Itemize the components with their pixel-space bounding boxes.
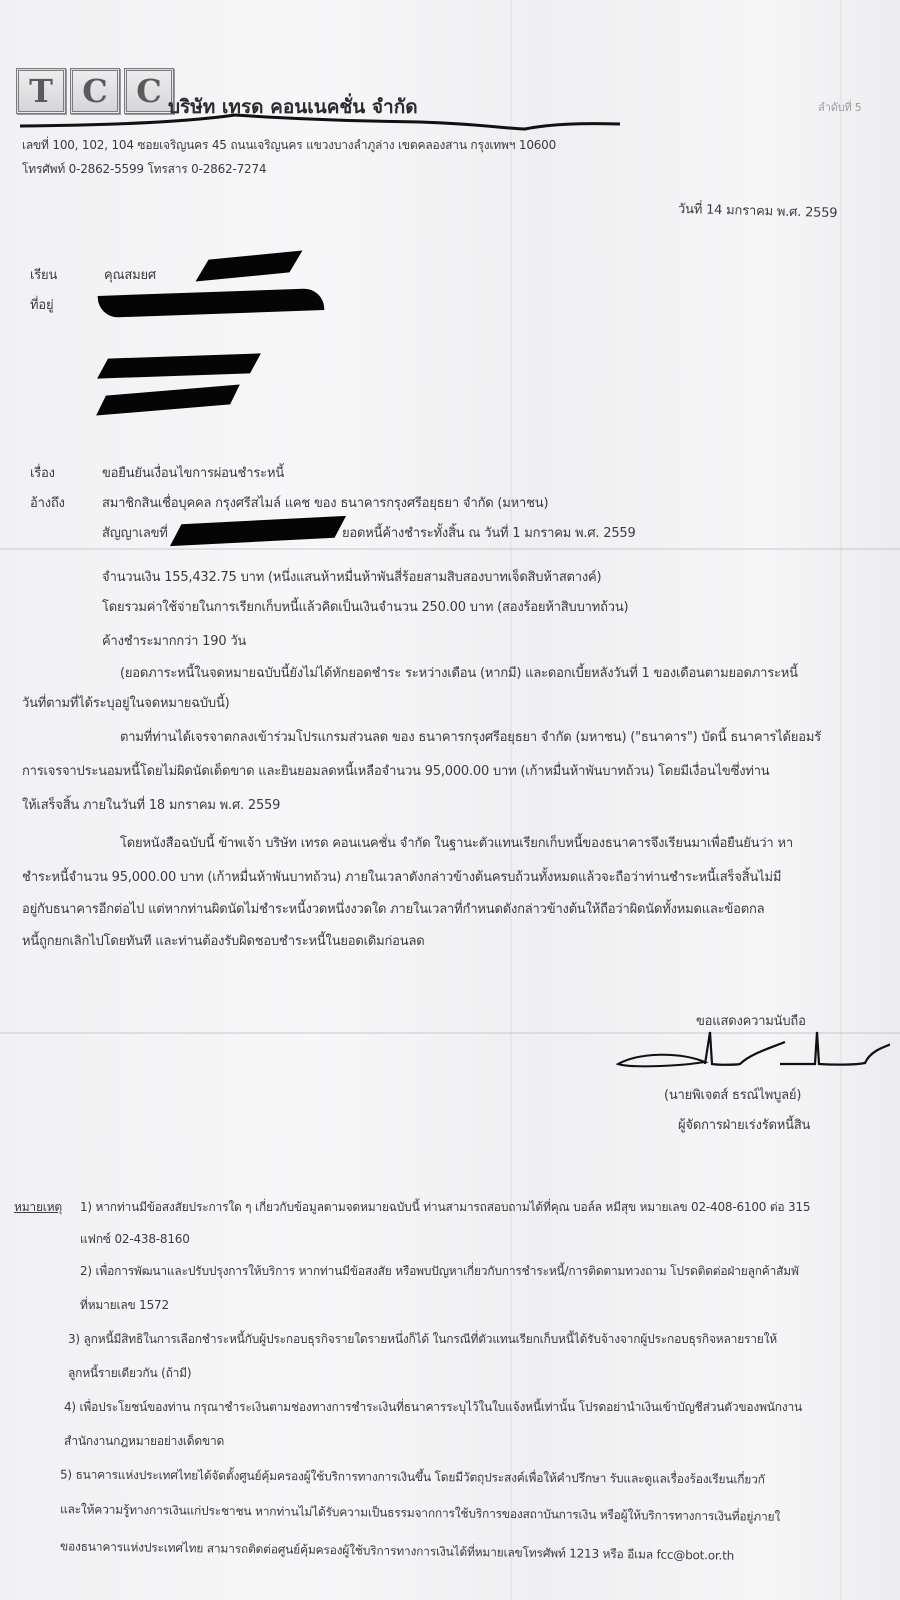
letter-paper: T C C บริษัท เทรด คอนเนคชั่น จำกัด เลขที… (0, 0, 900, 1600)
logo-letter: C (124, 68, 174, 114)
note-line: วันที่ตามที่ได้ระบุอยู่ในจดหมายฉบับนี้) (22, 692, 230, 713)
overdue-days: ค้างชำระมากกว่า 190 วัน (102, 630, 246, 651)
body-paragraph-line: ชำระหนี้จำนวน 95,000.00 บาท (เก้าหมื่นห้… (22, 866, 781, 887)
redaction-mark (98, 288, 325, 318)
letterhead-rule (20, 112, 620, 132)
note-item: สำนักงานกฎหมายอย่างเด็ดขาด (64, 1432, 224, 1451)
note-item: ของธนาคารแห่งประเทศไทย สามารถติดต่อศูนย์… (60, 1537, 734, 1565)
contract-outstanding: ยอดหนี้ค้างชำระทั้งสิ้น ณ วันที่ 1 มกราค… (342, 522, 636, 543)
paper-fold (840, 0, 842, 1600)
paper-fold (510, 0, 512, 1600)
signature (610, 1030, 890, 1075)
company-phone-fax: โทรศัพท์ 0-2862-5599 โทรสาร 0-2862-7274 (22, 160, 266, 179)
address-label: ที่อยู่ (30, 294, 53, 315)
redaction-mark (96, 384, 240, 415)
subject-value: ขอยืนยันเงื่อนไขการผ่อนชำระหนี้ (102, 462, 284, 483)
company-address: เลขที่ 100, 102, 104 ซอยเจริญนคร 45 ถนนเ… (22, 136, 556, 155)
signer-name: (นายพิเจตส์ ธรณ์ไพบูลย์) (664, 1084, 801, 1105)
recipient-label: เรียน (30, 264, 57, 285)
recipient-name: คุณสมยศ (104, 264, 156, 285)
closing-regards: ขอแสดงความนับถือ (696, 1010, 806, 1031)
note-item: 3) ลูกหนี้มีสิทธิในการเลือกชำระหนี้กับผู… (68, 1330, 777, 1349)
body-paragraph-line: หนี้ถูกยกเลิกไปโดยทันที และท่านต้องรับผิ… (22, 930, 425, 951)
logo-letter: T (16, 68, 66, 114)
body-paragraph-line: อยู่กับธนาคารอีกต่อไป แต่หากท่านผิดนัดไม… (22, 898, 764, 919)
reference-line: สมาชิกสินเชื่อบุคคล กรุงศรีสไมล์ แคช ของ… (102, 492, 548, 513)
note-line: (ยอดภาระหนี้ในจดหมายฉบับนี้ยังไม่ได้หักย… (120, 662, 798, 683)
note-item: 1) หากท่านมีข้อสงสัยประการใด ๆ เกี่ยวกับ… (80, 1198, 810, 1217)
signer-title: ผู้จัดการฝ่ายเร่งรัดหนี้สิน (678, 1114, 810, 1135)
body-paragraph-line: โดยหนังสือฉบับนี้ ข้าพเจ้า บริษัท เทรด ค… (120, 832, 793, 853)
body-paragraph-line: ให้เสร็จสิ้น ภายในวันที่ 18 มกราคม พ.ศ. … (22, 794, 280, 815)
reference-label: อ้างถึง (30, 492, 65, 513)
redaction-mark (170, 516, 346, 546)
note-item: และให้ความรู้ทางการเงินแก่ประชาชน หากท่า… (60, 1500, 780, 1527)
letter-date: วันที่ 14 มกราคม พ.ศ. 2559 (678, 198, 838, 223)
body-paragraph-line: การเจรจาประนอมหนี้โดยไม่ผิดนัดเด็ดขาด แล… (22, 760, 770, 781)
note-item: แฟกซ์ 02-438-8160 (80, 1230, 190, 1249)
notes-label: หมายเหตุ (14, 1198, 62, 1217)
note-item: ที่หมายเลข 1572 (80, 1296, 169, 1315)
logo-letter: C (70, 68, 120, 114)
body-paragraph-line: ตามที่ท่านได้เจรจาตกลงเข้าร่วมโปรแกรมส่ว… (120, 726, 821, 747)
note-item: 4) เพื่อประโยชน์ของท่าน กรุณาชำระเงินตาม… (64, 1398, 802, 1417)
redaction-mark (196, 250, 303, 281)
subject-label: เรื่อง (30, 462, 55, 483)
outstanding-amount: จำนวนเงิน 155,432.75 บาท (หนึ่งแสนห้าหมื… (102, 566, 601, 587)
note-item: ลูกหนี้รายเดียวกัน (ถ้ามี) (68, 1364, 191, 1383)
redaction-mark (97, 353, 261, 378)
paper-fold (0, 548, 900, 550)
sequence-number: ลำดับที่ 5 (818, 98, 862, 116)
contract-label: สัญญาเลขที่ (102, 522, 168, 543)
company-logo: T C C (16, 68, 174, 114)
note-item: 5) ธนาคารแห่งประเทศไทยได้จัดตั้งศูนย์คุ้… (60, 1466, 765, 1490)
collection-fee: โดยรวมค่าใช้จ่ายในการเรียกเก็บหนี้แล้วคิ… (102, 596, 628, 617)
note-item: 2) เพื่อการพัฒนาและปรับปรุงการให้บริการ … (80, 1262, 799, 1281)
